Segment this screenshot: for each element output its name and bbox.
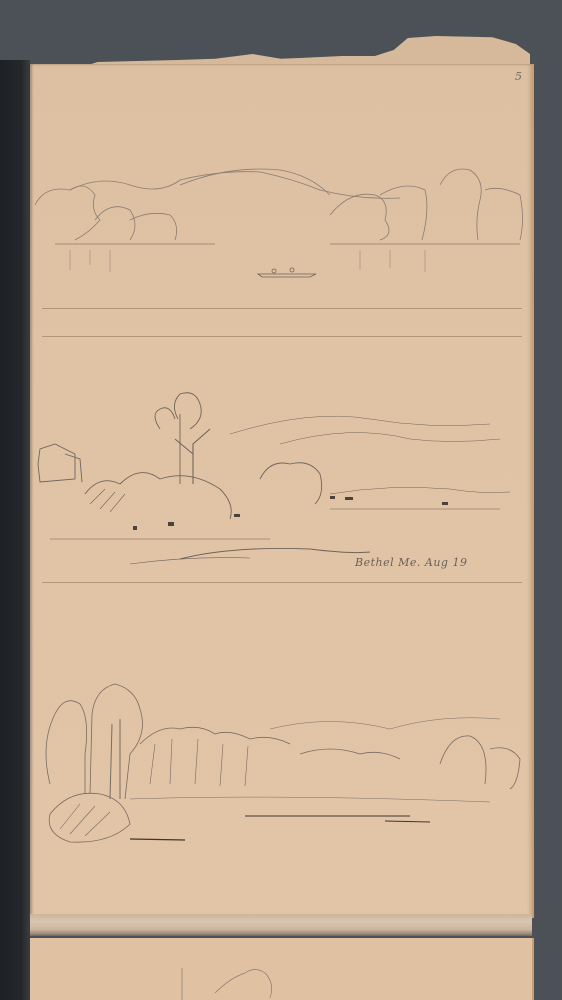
sketch-lake-rowboat bbox=[30, 160, 532, 290]
sketch-river-bank-cattle bbox=[30, 384, 532, 584]
binding-stitch bbox=[30, 914, 532, 936]
left-shadow bbox=[0, 60, 30, 1000]
handwritten-inscription: Bethel Me. Aug 19 bbox=[355, 556, 467, 569]
divider-rule bbox=[42, 582, 522, 583]
page-number: 5 bbox=[515, 70, 522, 83]
divider-rule bbox=[42, 308, 522, 309]
sketch-riverside-grove bbox=[30, 674, 532, 854]
sketchbook-page: 5 bbox=[30, 64, 534, 918]
divider-rule bbox=[42, 336, 522, 337]
next-sketchbook-page bbox=[30, 938, 534, 1000]
partial-sketch bbox=[30, 938, 532, 1000]
